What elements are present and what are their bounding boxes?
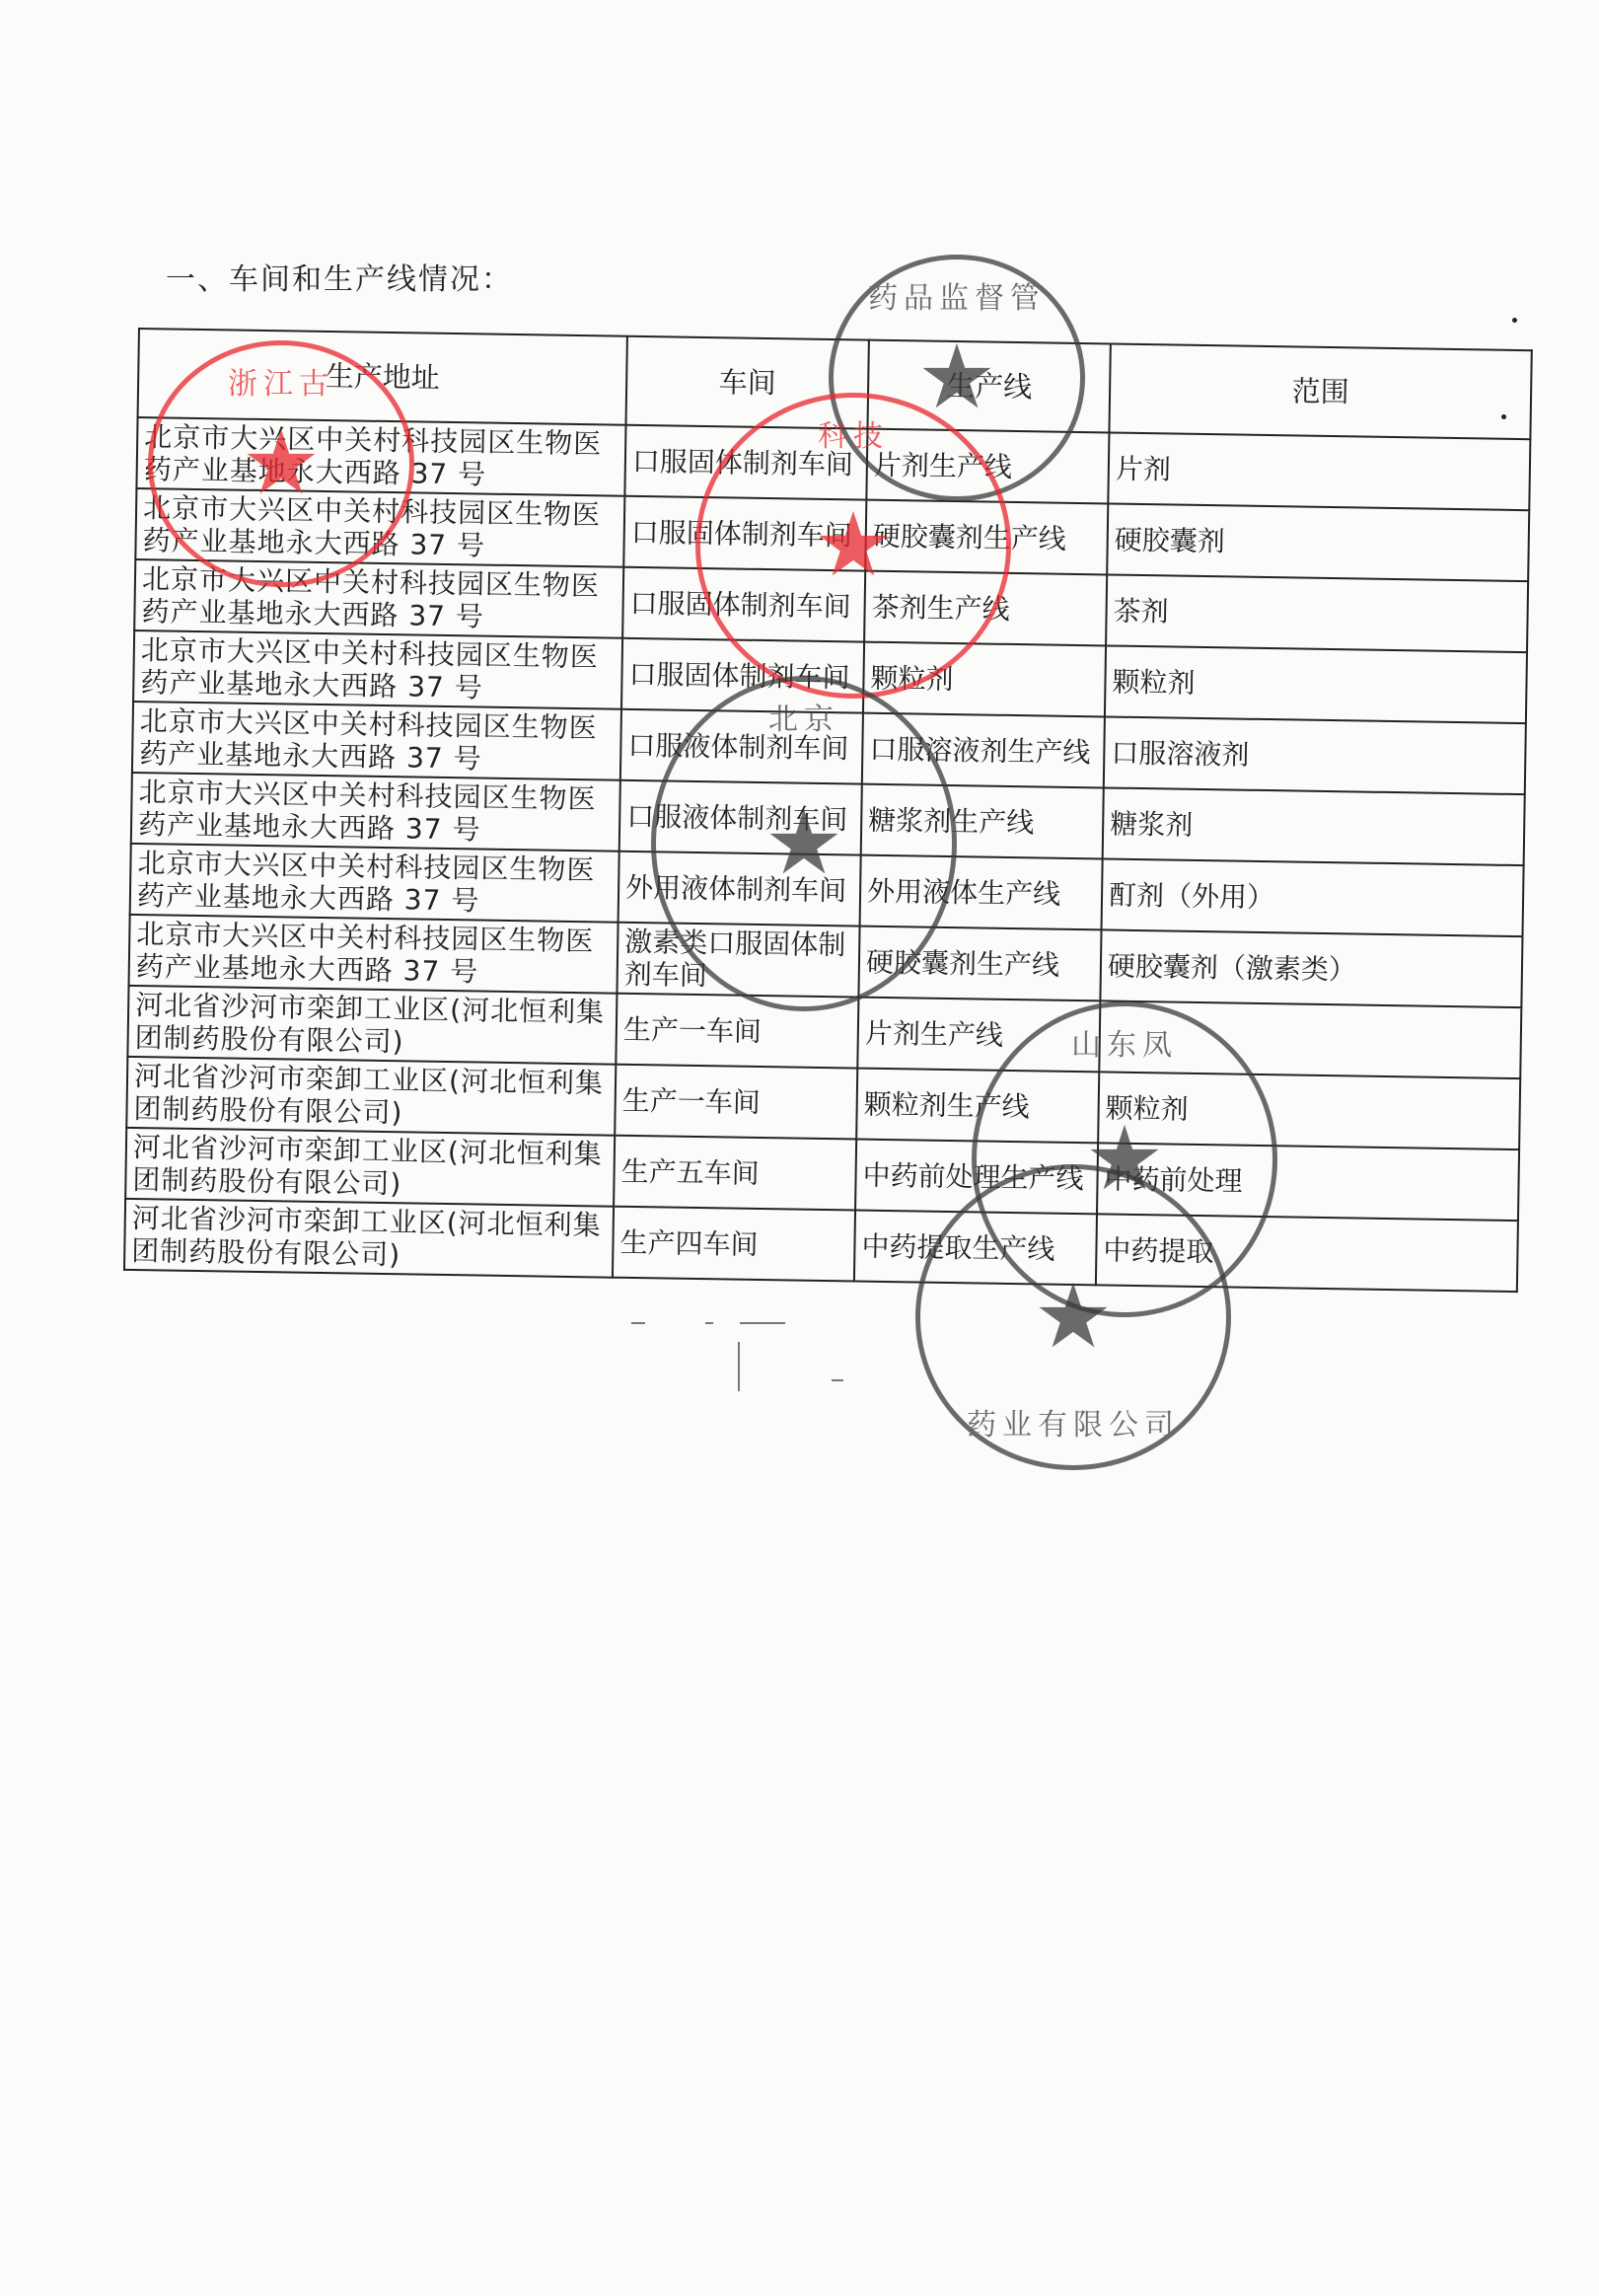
section-title: 一、车间和生产线情况： — [166, 255, 513, 298]
cell-production-line: 茶剂生产线 — [864, 571, 1107, 646]
cell-address: 北京市大兴区中关村科技园区生物医药产业基地永大西路 37 号 — [132, 702, 621, 780]
cell-workshop: 生产一车间 — [616, 994, 858, 1069]
scan-noise — [621, 1302, 917, 1401]
cell-workshop: 口服液体制剂车间 — [619, 780, 862, 855]
cell-production-line: 口服溶液剂生产线 — [862, 713, 1105, 788]
cell-scope: 糖浆剂 — [1103, 787, 1525, 865]
cell-scope: 酊剂（外用） — [1102, 858, 1524, 936]
cell-production-line: 颗粒剂生产线 — [856, 1069, 1099, 1144]
workshop-production-line-table: 生产地址 车间 生产线 范围 北京市大兴区中关村科技园区生物医药产业基地永大西路… — [123, 328, 1533, 1293]
header-workshop: 车间 — [626, 336, 869, 429]
cell-scope — [1099, 1000, 1521, 1078]
cell-production-line: 中药提取生产线 — [854, 1211, 1097, 1286]
cell-scope: 颗粒剂 — [1105, 645, 1527, 723]
header-scope: 范围 — [1109, 343, 1531, 439]
header-production-line: 生产线 — [867, 340, 1110, 433]
cell-production-line: 硬胶囊剂生产线 — [858, 926, 1101, 1001]
cell-scope: 硬胶囊剂（激素类） — [1100, 929, 1522, 1007]
stamp-text: 药业有限公司 — [920, 1400, 1226, 1444]
cell-production-line: 中药前处理生产线 — [855, 1140, 1098, 1215]
cell-workshop: 生产五车间 — [614, 1136, 856, 1211]
workshop-table-container: 生产地址 车间 生产线 范围 北京市大兴区中关村科技园区生物医药产业基地永大西路… — [123, 328, 1531, 1293]
scan-speck — [1501, 414, 1506, 419]
cell-scope: 硬胶囊剂 — [1107, 503, 1529, 581]
cell-scope: 中药前处理 — [1097, 1143, 1519, 1221]
stamp-text: 药品监督管 — [834, 273, 1080, 317]
cell-scope: 中药提取 — [1096, 1214, 1518, 1292]
cell-production-line: 外用液体生产线 — [860, 855, 1103, 930]
cell-address: 北京市大兴区中关村科技园区生物医药产业基地永大西路 37 号 — [133, 630, 622, 709]
cell-workshop: 口服固体制剂车间 — [624, 425, 867, 500]
cell-workshop: 口服固体制剂车间 — [622, 567, 865, 642]
scan-speck — [1512, 318, 1517, 323]
cell-address: 北京市大兴区中关村科技园区生物医药产业基地永大西路 37 号 — [130, 844, 619, 923]
cell-address: 北京市大兴区中关村科技园区生物医药产业基地永大西路 37 号 — [134, 559, 623, 638]
cell-address: 河北省沙河市栾卸工业区(河北恒利集团制药股份有限公司) — [124, 1199, 614, 1278]
cell-workshop: 激素类口服固体制剂车间 — [617, 923, 859, 998]
cell-address: 河北省沙河市栾卸工业区(河北恒利集团制药股份有限公司) — [126, 1057, 616, 1136]
cell-address: 北京市大兴区中关村科技园区生物医药产业基地永大西路 37 号 — [135, 488, 624, 567]
cell-workshop: 口服固体制剂车间 — [621, 638, 864, 713]
cell-workshop: 生产四车间 — [613, 1207, 855, 1282]
cell-production-line: 片剂生产线 — [866, 429, 1109, 504]
cell-workshop: 口服固体制剂车间 — [623, 496, 866, 571]
cell-workshop: 外用液体制剂车间 — [618, 852, 861, 926]
star-icon: ★ — [1034, 1273, 1114, 1362]
cell-scope: 颗粒剂 — [1098, 1072, 1520, 1149]
cell-address: 北京市大兴区中关村科技园区生物医药产业基地永大西路 37 号 — [129, 915, 618, 994]
cell-workshop: 生产一车间 — [615, 1065, 857, 1140]
cell-address: 北京市大兴区中关村科技园区生物医药产业基地永大西路 37 号 — [131, 773, 620, 852]
header-address: 生产地址 — [138, 329, 627, 425]
cell-production-line: 糖浆剂生产线 — [861, 784, 1104, 859]
cell-production-line: 颗粒剂 — [863, 642, 1106, 717]
cell-workshop: 口服液体制剂车间 — [620, 709, 863, 784]
cell-address: 河北省沙河市栾卸工业区(河北恒利集团制药股份有限公司) — [125, 1128, 615, 1207]
cell-address: 北京市大兴区中关村科技园区生物医药产业基地永大西路 37 号 — [136, 417, 625, 496]
cell-scope: 茶剂 — [1106, 574, 1528, 652]
cell-scope: 片剂 — [1108, 432, 1530, 510]
cell-production-line: 硬胶囊剂生产线 — [865, 500, 1108, 575]
cell-scope: 口服溶液剂 — [1104, 716, 1526, 794]
cell-address: 河北省沙河市栾卸工业区(河北恒利集团制药股份有限公司) — [127, 986, 617, 1065]
cell-production-line: 片剂生产线 — [857, 998, 1100, 1073]
